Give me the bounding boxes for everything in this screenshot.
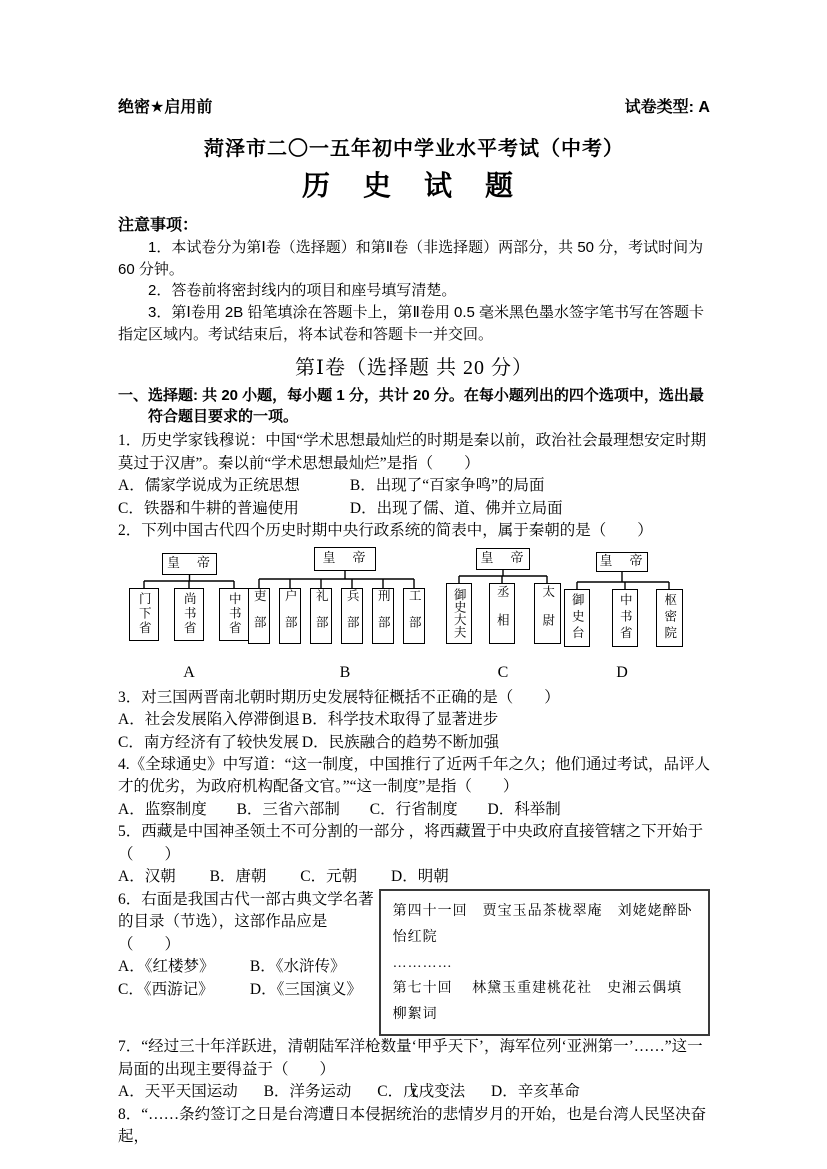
question-6-text: 6．右面是我国古代一部古典文学名著的目录（节选），这部作品应是（ ） bbox=[118, 889, 379, 956]
q5-option-d: D．明朝 bbox=[391, 868, 449, 885]
chart-c-emperor-box: 皇 帝 bbox=[476, 548, 530, 570]
question-4-options-row: A．监察制度 B．三省六部制 C．行省制度 D．科举制 bbox=[118, 799, 710, 821]
q1-option-b: B．出现了“百家争鸣”的局面 bbox=[350, 477, 545, 494]
question-3-text: 3．对三国两晋南北朝时期历史发展特征概括不正确的是（ ） bbox=[118, 687, 710, 709]
question-5-text: 5．西藏是中国神圣领土不可分割的一部分 ，将西藏置于中央政府直接管辖之下开始于 bbox=[118, 821, 710, 843]
catalog-ellipsis-line: ………… bbox=[393, 951, 696, 977]
question-3-options-row-1: A．社会发展陷入停滞倒退 B．科学技术取得了显著进步 bbox=[118, 709, 710, 731]
q6-catalog-excerpt-box: 第四十一回 贾宝玉品茶栊翠庵 刘姥姥醉卧怡红院 ………… 第七十回 林黛玉重建桃… bbox=[379, 889, 710, 1036]
question-5-bracket: （ ） bbox=[118, 844, 710, 866]
q1-option-a: A．儒家学说成为正统思想 bbox=[118, 475, 346, 497]
chart-b-label: B bbox=[337, 661, 353, 684]
question-1-text: 1．历史学家钱穆说：中国“学术思想最灿烂的时期是秦以前，政治社会最理想安定时期莫… bbox=[118, 430, 710, 475]
secrecy-label: 绝密★启用前 bbox=[118, 96, 212, 119]
q5-option-c: C．元朝 bbox=[300, 868, 357, 885]
q5-option-a: A．汉朝 bbox=[118, 868, 176, 885]
catalog-line-2: 第七十回 林黛玉重建桃花社 史湘云偶填柳絮词 bbox=[393, 976, 696, 1028]
chart-d-child-box: 枢密院 bbox=[656, 589, 683, 647]
chart-a-label: A bbox=[181, 661, 197, 684]
chart-a-child-box: 中书省 bbox=[219, 588, 249, 641]
exam-paper-page: 绝密★启用前 试卷类型: A 菏泽市二〇一五年初中学业水平考试（中考） 历 史 … bbox=[0, 0, 827, 1169]
chart-b-child-box: 刑部 bbox=[372, 588, 394, 644]
chart-d-child-box: 御史台 bbox=[564, 589, 590, 647]
chart-b-child-box: 兵部 bbox=[341, 588, 363, 644]
notice-item-1: 1．本试卷分为第Ⅰ卷（选择题）和第Ⅱ卷（非选择题）两部分，共 50 分，考试时间… bbox=[118, 237, 710, 281]
question-6-block: 6．右面是我国古代一部古典文学名著的目录（节选），这部作品应是（ ） A．《红楼… bbox=[118, 889, 710, 1036]
question-1-options-row-2: C．铁器和牛耕的普遍使用 D．出现了儒、道、佛并立局面 bbox=[118, 498, 710, 520]
subject-title: 历 史 试 题 bbox=[118, 170, 710, 204]
question-6-options-row-2: C．《西游记》 D．《三国演义》 bbox=[118, 979, 379, 1001]
q1-option-d: D．出现了儒、道、佛并立局面 bbox=[350, 500, 563, 517]
q3-option-c: C．南方经济有了较快发展 bbox=[118, 732, 298, 754]
chart-a-child-box: 门下省 bbox=[129, 588, 159, 641]
q6-option-d: D．《三国演义》 bbox=[250, 981, 362, 998]
notice-item-2: 2．答卷前将密封线内的项目和座号填写清楚。 bbox=[118, 280, 710, 302]
q3-option-b: B．科学技术取得了显著进步 bbox=[302, 711, 498, 728]
chart-d-child-box: 中书省 bbox=[612, 589, 638, 647]
question-7-text: 7．“经过三十年洋跃进，清朝陆军洋枪数量‘甲乎天下’，海军位列‘亚洲第一’……”… bbox=[118, 1036, 710, 1081]
paper-type-label: 试卷类型: A bbox=[625, 96, 710, 119]
q3-option-a: A．社会发展陷入停滞倒退 bbox=[118, 709, 298, 731]
chart-d-label: D bbox=[614, 661, 630, 684]
page-header: 绝密★启用前 试卷类型: A bbox=[118, 96, 710, 119]
section1-instruction: 一、选择题: 共 20 小题，每小题 1 分，共计 20 分。在每小题列出的四个… bbox=[118, 385, 710, 429]
q6-option-a: A．《红楼梦》 bbox=[118, 956, 246, 978]
chart-d-emperor-box: 皇 帝 bbox=[596, 552, 648, 572]
chart-c-child-box: 御史大夫 bbox=[446, 583, 472, 644]
question-6-options-row-1: A．《红楼梦》 B．《水浒传》 bbox=[118, 956, 379, 978]
q4-option-b: B．三省六部制 bbox=[237, 801, 340, 818]
chart-b-child-box: 礼部 bbox=[310, 588, 332, 644]
chart-c-child-box: 丞相 bbox=[489, 583, 515, 644]
chart-c-child-box: 太尉 bbox=[534, 583, 561, 644]
question-6-left-column: 6．右面是我国古代一部古典文学名著的目录（节选），这部作品应是（ ） A．《红楼… bbox=[118, 889, 379, 1001]
q3-option-d: D．民族融合的趋势不断加强 bbox=[302, 734, 499, 751]
notice-heading: 注意事项： bbox=[118, 214, 710, 237]
question-1-options-row-1: A．儒家学说成为正统思想 B．出现了“百家争鸣”的局面 bbox=[118, 475, 710, 497]
question-5-options-row: A．汉朝 B．唐朝 C．元朝 D．明朝 bbox=[118, 866, 710, 888]
chart-b-child-box: 工部 bbox=[403, 588, 425, 644]
exam-title: 菏泽市二〇一五年初中学业水平考试（中考） bbox=[118, 135, 710, 164]
chart-b-child-box: 吏部 bbox=[248, 588, 270, 644]
chart-b-emperor-box: 皇 帝 bbox=[314, 547, 376, 571]
chart-a-emperor-box: 皇 帝 bbox=[162, 553, 217, 575]
question-2-text: 2．下列中国古代四个历史时期中央行政系统的简表中，属于秦朝的是（ ） bbox=[118, 520, 710, 542]
chart-c-label: C bbox=[495, 661, 511, 684]
notice-item-3: 3．第Ⅰ卷用 2B 铅笔填涂在答题卡上，第Ⅱ卷用 0.5 毫米黑色墨水签字笔书写… bbox=[118, 302, 710, 346]
chart-b-child-box: 户部 bbox=[279, 588, 301, 644]
section1-title: 第Ⅰ卷（选择题 共 20 分） bbox=[118, 354, 710, 383]
page-number: 1 bbox=[0, 1084, 827, 1104]
q5-option-b: B．唐朝 bbox=[210, 868, 267, 885]
q6-option-b: B．《水浒传》 bbox=[250, 958, 346, 975]
question-4-text: 4.《全球通史》中写道：“这一制度，中国推行了近两千年之久；他们通过考试，品评人… bbox=[118, 754, 710, 799]
catalog-line-1: 第四十一回 贾宝玉品茶栊翠庵 刘姥姥醉卧怡红院 bbox=[393, 899, 696, 951]
chart-a-child-box: 尚书省 bbox=[174, 588, 204, 641]
q4-option-a: A．监察制度 bbox=[118, 801, 207, 818]
q4-option-c: C．行省制度 bbox=[370, 801, 458, 818]
q4-option-d: D．科举制 bbox=[488, 801, 561, 818]
question-8-text: 8．“……条约签订之日是台湾遭日本侵据统治的悲情岁月的开始，也是台湾人民坚决奋起… bbox=[118, 1104, 710, 1149]
q6-option-c: C．《西游记》 bbox=[118, 979, 246, 1001]
q1-option-c: C．铁器和牛耕的普遍使用 bbox=[118, 498, 346, 520]
q2-org-chart-diagram: 皇 帝 门下省 尚书省 中书省 A 皇 帝 吏部 户部 礼部 兵部 刑部 工部 … bbox=[118, 545, 710, 687]
question-3-options-row-2: C．南方经济有了较快发展 D．民族融合的趋势不断加强 bbox=[118, 732, 710, 754]
